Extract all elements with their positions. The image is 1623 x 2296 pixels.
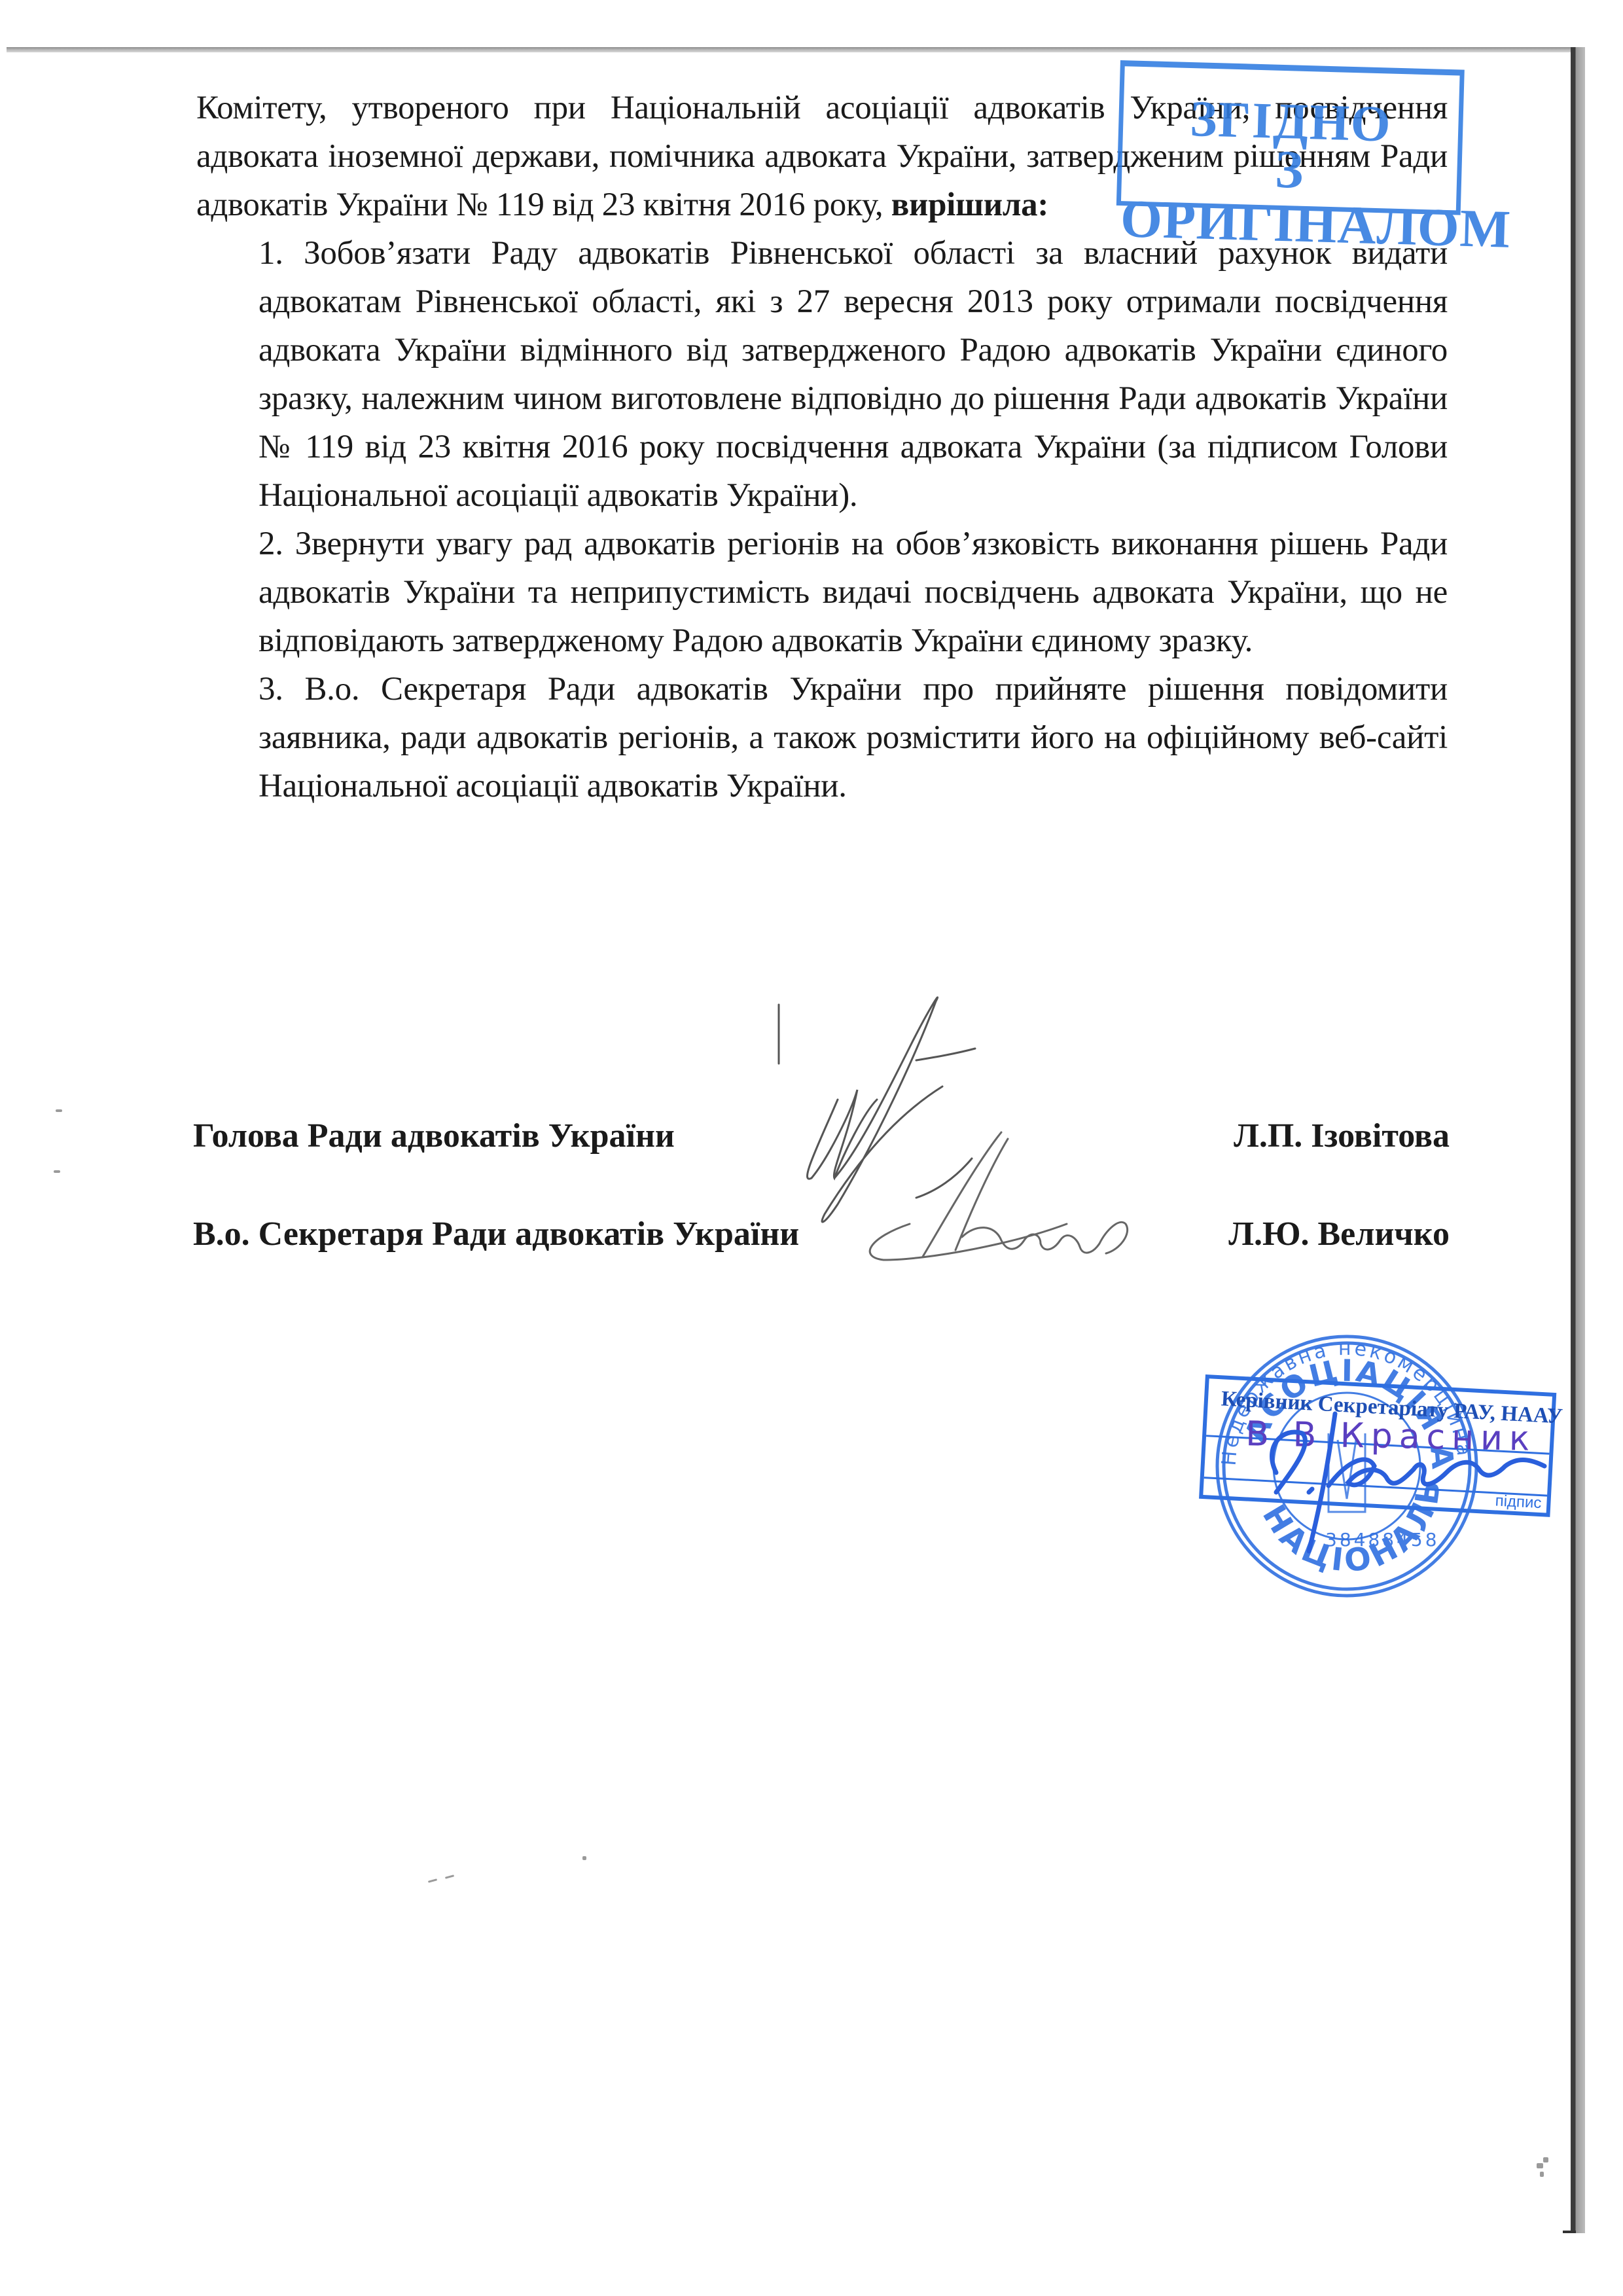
decision-colon: :	[1037, 187, 1048, 223]
copy-certification-stamp: ЗГІДНО З ОРИГІНАЛОМ	[1116, 60, 1465, 215]
scan-speck	[582, 1856, 586, 1860]
decision-number: 2.	[259, 526, 283, 562]
chair-signature-icon	[720, 982, 1178, 1230]
scan-speck	[445, 1874, 454, 1879]
certifier-signature-icon	[1198, 1302, 1564, 1610]
scan-speck	[56, 1109, 62, 1112]
secretary-signature-icon	[844, 1126, 1211, 1283]
scan-speck	[1543, 2157, 1548, 2162]
scan-right-edge	[1571, 47, 1585, 2233]
scan-speck	[1540, 2172, 1544, 2177]
signatory-role: Голова Ради адвокатів України	[193, 1117, 675, 1156]
decision-verb: вирішила	[891, 187, 1038, 223]
scan-speck	[428, 1878, 437, 1883]
seal-group: Недержавна некомерційна професійна орган…	[1198, 1302, 1564, 1610]
signatory-name: Л.Ю. Величко	[1228, 1215, 1450, 1254]
decision-item-1: 1. Зобов’язати Раду адвокатів Рівненсько…	[259, 229, 1448, 520]
decision-text: В.о. Секретаря Ради адвокатів України пр…	[259, 671, 1448, 804]
signatory-role: В.о. Секретаря Ради адвокатів України	[193, 1215, 799, 1254]
decision-text: Зобов’язати Раду адвокатів Рівненської о…	[259, 235, 1448, 514]
decision-item-3: 3. В.о. Секретаря Ради адвокатів України…	[259, 665, 1448, 810]
scan-speck	[54, 1170, 60, 1173]
scan-speck	[1537, 2163, 1543, 2168]
scan-top-edge	[7, 47, 1584, 52]
decision-number: 1.	[259, 235, 283, 272]
decision-item-2: 2. Звернути увагу рад адвокатів регіонів…	[259, 520, 1448, 665]
decision-number: 3.	[259, 671, 283, 708]
decision-list: 1. Зобов’язати Раду адвокатів Рівненсько…	[196, 229, 1448, 810]
scan-edge-tick	[1563, 2231, 1576, 2233]
decision-text: Звернути увагу рад адвокатів регіонів на…	[259, 526, 1448, 659]
signatory-name: Л.П. Ізовітова	[1234, 1117, 1450, 1156]
stamp-line-2: З ОРИГІНАЛОМ	[1120, 138, 1457, 255]
